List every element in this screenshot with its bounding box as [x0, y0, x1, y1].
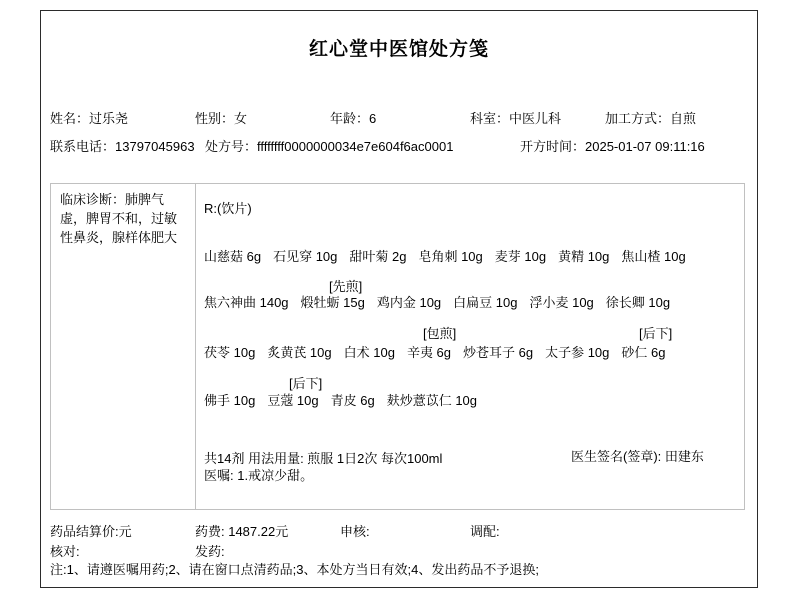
herb-row-4: 佛手 10g豆蔻 10g青皮 6g麸炒薏苡仁 10g — [204, 390, 740, 409]
herb-item: 茯苓 10g — [204, 345, 255, 360]
patient-info-row-1: 姓名：过乐尧性别：女年龄：6科室：中医儿科加工方式：自煎 — [50, 108, 750, 127]
prescription-box: 临床诊断：肺脾气虚，脾胃不和，过敏性鼻炎，腺样体肥大 R:(饮片) 山慈菇 6g… — [50, 183, 745, 510]
annotation-row-add-late: [后下] — [204, 373, 740, 388]
annotation-add-late: [后下] — [639, 323, 672, 342]
field-label: 联系电话： — [50, 139, 115, 154]
herb-item: 炙黄芪 10g — [267, 345, 331, 360]
patient-info-row-2: 联系电话：13797045963处方号：ffffffff0000000034e7… — [50, 136, 750, 155]
herb-item: 石见穿 10g — [273, 249, 337, 264]
field-value: 中医儿科 — [509, 111, 561, 126]
review-field: 申核: — [340, 521, 370, 540]
herb-item: 白术 10g — [344, 345, 395, 360]
patient-field: 联系电话：13797045963 — [50, 136, 205, 155]
herb-item: 麦芽 10g — [495, 249, 546, 264]
herb-item: 山慈菇 6g — [204, 249, 261, 264]
field-label: 科室： — [470, 111, 509, 126]
herb-item: 黄精 10g — [558, 249, 609, 264]
herb-item: 炒苍耳子 6g — [463, 345, 533, 360]
medical-advice: 医嘱: 1.戒凉少甜。 — [204, 465, 740, 484]
diagnosis-label: 临床诊断： — [60, 192, 125, 207]
patient-field: 年龄：6 — [330, 108, 470, 127]
field-value: 2025-01-07 09:11:16 — [585, 139, 705, 154]
check-field: 核对: — [50, 541, 80, 560]
patient-field: 加工方式：自煎 — [605, 108, 750, 127]
field-label: 开方时间： — [520, 139, 585, 154]
herb-row-2: 焦六神曲 140g煅牡蛎 15g鸡内金 10g白扁豆 10g浮小麦 10g徐长卿… — [204, 292, 740, 311]
annotation-row-bag-late: [包煎][后下] — [204, 323, 740, 338]
doctor-signature: 医生签名(签章): 田建东 — [571, 448, 739, 465]
herb-item: 鸡内金 10g — [377, 295, 441, 310]
herb-item: 徐长卿 10g — [606, 295, 670, 310]
medicine-fee: 药费: 1487.22元 — [195, 521, 288, 540]
field-label: 性别： — [195, 111, 234, 126]
clinical-diagnosis: 临床诊断：肺脾气虚，脾胃不和，过敏性鼻炎，腺样体肥大 — [51, 184, 196, 509]
herb-item: 白扁豆 10g — [453, 295, 517, 310]
herb-row-1: 山慈菇 6g石见穿 10g甜叶菊 2g皂角刺 10g麦芽 10g黄精 10g焦山… — [204, 246, 740, 265]
field-value: 13797045963 — [115, 139, 195, 154]
herb-item: 焦山楂 10g — [621, 249, 685, 264]
herb-item: 甜叶菊 2g — [349, 249, 406, 264]
annotation-bag-boil: [包煎] — [423, 323, 456, 342]
patient-field: 处方号：ffffffff0000000034e7e604f6ac0001 — [205, 136, 520, 155]
field-value: 过乐尧 — [89, 111, 128, 126]
patient-field: 性别：女 — [195, 108, 330, 127]
field-label: 年龄： — [330, 111, 369, 126]
herb-item: 砂仁 6g — [621, 345, 665, 360]
dispense-field: 发药: — [195, 541, 225, 560]
prescription-document: 红心堂中医馆处方笺 姓名：过乐尧性别：女年龄：6科室：中医儿科加工方式：自煎 联… — [0, 0, 800, 600]
herb-item: 辛夷 6g — [407, 345, 451, 360]
annotation-row-pre-boil: [先煎] — [204, 276, 740, 291]
herb-item: 豆蔻 10g — [267, 393, 318, 408]
prepare-field: 调配: — [470, 521, 500, 540]
field-value: 女 — [234, 111, 247, 126]
herb-item: 青皮 6g — [331, 393, 375, 408]
field-label: 加工方式： — [605, 111, 670, 126]
settlement-price: 药品结算价:元 — [50, 521, 132, 540]
herb-row-3: 茯苓 10g炙黄芪 10g白术 10g辛夷 6g炒苍耳子 6g太子参 10g砂仁… — [204, 342, 740, 361]
patient-field: 姓名：过乐尧 — [50, 108, 195, 127]
herb-item: 焦六神曲 140g — [204, 295, 289, 310]
rx-header: R:(饮片) — [204, 198, 740, 217]
field-label: 姓名： — [50, 111, 89, 126]
field-value: ffffffff0000000034e7e604f6ac0001 — [257, 139, 453, 154]
prescription-content: R:(饮片) 山慈菇 6g石见穿 10g甜叶菊 2g皂角刺 10g麦芽 10g黄… — [196, 184, 744, 509]
field-label: 处方号： — [205, 139, 257, 154]
herb-item: 皂角刺 10g — [418, 249, 482, 264]
herb-item: 浮小麦 10g — [529, 295, 593, 310]
herb-item: 麸炒薏苡仁 10g — [387, 393, 477, 408]
document-title: 红心堂中医馆处方笺 — [41, 34, 757, 61]
field-value: 自煎 — [670, 111, 696, 126]
patient-field: 科室：中医儿科 — [470, 108, 605, 127]
herb-item: 煅牡蛎 15g — [301, 295, 365, 310]
herb-item: 佛手 10g — [204, 393, 255, 408]
patient-field: 开方时间：2025-01-07 09:11:16 — [520, 136, 750, 155]
herb-item: 太子参 10g — [545, 345, 609, 360]
field-value: 6 — [369, 111, 376, 126]
footer-notes: 注:1、请遵医嘱用药;2、请在窗口点清药品;3、本处方当日有效;4、发出药品不予… — [50, 559, 539, 578]
